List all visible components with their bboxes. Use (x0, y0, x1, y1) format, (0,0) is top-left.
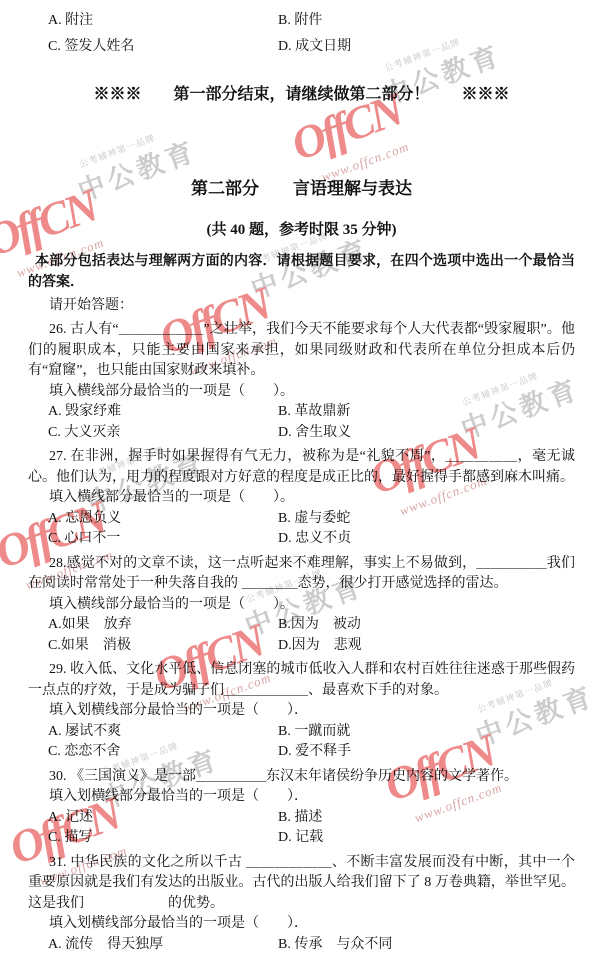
option-a: A. 屡试不爽 (48, 722, 278, 743)
question-prompt: 填入横线部分最恰当的一项是（ ）。 (28, 595, 575, 616)
question-26: 26. 古人有“＿＿＿＿＿＿”之壮举，我们今天不能要求每个人大代表都“毁家履职”… (28, 320, 575, 443)
options-row: C. 心口不一 D. 忠义不贞 (28, 529, 575, 550)
question-prompt: 填入划横线部分最恰当的一项是（ ）． (28, 914, 575, 935)
option-c: C. 心口不一 (48, 529, 278, 550)
question-prompt: 填入横线部分最恰当的一项是（ ）。 (28, 488, 575, 509)
options-row: C. 签发人姓名 D. 成文日期 (28, 34, 575, 60)
options-row: A. 附注 B. 附件 (28, 8, 575, 34)
question-prompt: 填入划横线部分最恰当的一项是（ ）． (28, 701, 575, 722)
question-31: 31. 中华民族的文化之所以千古 ＿＿＿＿＿＿、不断丰富发展而没有中断，其中一个… (28, 853, 575, 956)
option-c: C. 签发人姓名 (48, 34, 278, 60)
options-row: C. 恋恋不舍 D. 爱不释手 (28, 742, 575, 763)
option-c: C. 描写 (48, 828, 278, 849)
options-row: A. 记述 B. 描述 (28, 808, 575, 829)
options-row: A. 毁家纾难 B. 革故鼎新 (28, 402, 575, 423)
question-stem: 27. 在非洲，握手时如果握得有气无力，被称为是“礼貌不周”，＿＿＿＿＿，毫无诚… (28, 447, 575, 488)
options-row: C.如果 消极 D.因为 悲观 (28, 636, 575, 657)
question-prompt: 填入划横线部分最恰当的一项是（ ）． (28, 787, 575, 808)
option-b: B. 传承 与众不同 (278, 935, 392, 956)
exam-page: 公考辅神第一品牌 中公教育 OffCN www.offcn.com 公考辅神第一… (0, 0, 600, 960)
question-prompt: 填入横线部分最恰当的一项是（ ）。 (28, 382, 575, 403)
options-row: A. 屡试不爽 B. 一蹴而就 (28, 722, 575, 743)
exam-content: A. 附注 B. 附件 C. 签发人姓名 D. 成文日期 ※※※ 第一部分结束，… (0, 0, 600, 955)
question-25-options: A. 附注 B. 附件 C. 签发人姓名 D. 成文日期 (28, 8, 575, 60)
question-stem: 30. 《三国演义》是一部＿＿＿＿＿东汉末年诸侯纷争历史内容的文学著作。 (28, 767, 575, 788)
option-d: D. 爱不释手 (278, 742, 351, 763)
option-b: B.因为 被动 (278, 615, 361, 636)
question-30: 30. 《三国演义》是一部＿＿＿＿＿东汉末年诸侯纷争历史内容的文学著作。 填入划… (28, 767, 575, 849)
options-row: C. 描写 D. 记载 (28, 828, 575, 849)
question-stem: 29. 收入低、文化水平低、信息闭塞的城市低收入人群和农村百姓往往迷惑于那些假药… (28, 660, 575, 701)
options-row: A. 流传 得天独厚 B. 传承 与众不同 (28, 935, 575, 956)
question-stem: 28.感觉不对的文章不读，这一点听起来不难理解，事实上不易做到，＿＿＿＿＿我们在… (28, 554, 575, 595)
option-a: A. 附注 (48, 8, 278, 34)
option-d: D. 成文日期 (278, 34, 351, 60)
part-two-subtitle: (共 40 题，参考时限 35 分钟) (28, 220, 575, 241)
question-27: 27. 在非洲，握手时如果握得有气无力，被称为是“礼貌不周”，＿＿＿＿＿，毫无诚… (28, 447, 575, 550)
option-c: C. 恋恋不舍 (48, 742, 278, 763)
option-d: D.因为 悲观 (278, 636, 362, 657)
options-row: A.如果 放弃 B.因为 被动 (28, 615, 575, 636)
option-a: A. 忘恩负义 (48, 509, 278, 530)
start-answering-prompt: 请开始答题： (28, 295, 575, 316)
options-row: C. 大义灭亲 D. 舍生取义 (28, 423, 575, 444)
part-two-title: 第二部分 言语理解与表达 (28, 178, 575, 200)
question-28: 28.感觉不对的文章不读，这一点听起来不难理解，事实上不易做到，＿＿＿＿＿我们在… (28, 554, 575, 657)
question-29: 29. 收入低、文化水平低、信息闭塞的城市低收入人群和农村百姓往往迷惑于那些假药… (28, 660, 575, 763)
option-b: B. 革故鼎新 (278, 402, 350, 423)
option-b: B. 描述 (278, 808, 322, 829)
question-stem: 26. 古人有“＿＿＿＿＿＿”之壮举，我们今天不能要求每个人大代表都“毁家履职”… (28, 320, 575, 382)
option-a: A. 流传 得天独厚 (48, 935, 278, 956)
option-d: D. 忠义不贞 (278, 529, 351, 550)
option-b: B. 一蹴而就 (278, 722, 350, 743)
question-stem: 31. 中华民族的文化之所以千古 ＿＿＿＿＿＿、不断丰富发展而没有中断，其中一个… (28, 853, 575, 915)
option-b: B. 附件 (278, 8, 322, 34)
option-b: B. 虚与委蛇 (278, 509, 350, 530)
option-d: D. 舍生取义 (278, 423, 351, 444)
option-a: A. 记述 (48, 808, 278, 829)
option-a: A.如果 放弃 (48, 615, 278, 636)
section-break-notice: ※※※ 第一部分结束，请继续做第二部分！ ※※※ (28, 84, 575, 106)
options-row: A. 忘恩负义 B. 虚与委蛇 (28, 509, 575, 530)
option-c: C.如果 消极 (48, 636, 278, 657)
part-instructions: 本部分包括表达与理解两方面的内容．请根据题目要求，在四个选项中选出一个最恰当的答… (28, 251, 575, 293)
option-a: A. 毁家纾难 (48, 402, 278, 423)
option-c: C. 大义灭亲 (48, 423, 278, 444)
option-d: D. 记载 (278, 828, 323, 849)
